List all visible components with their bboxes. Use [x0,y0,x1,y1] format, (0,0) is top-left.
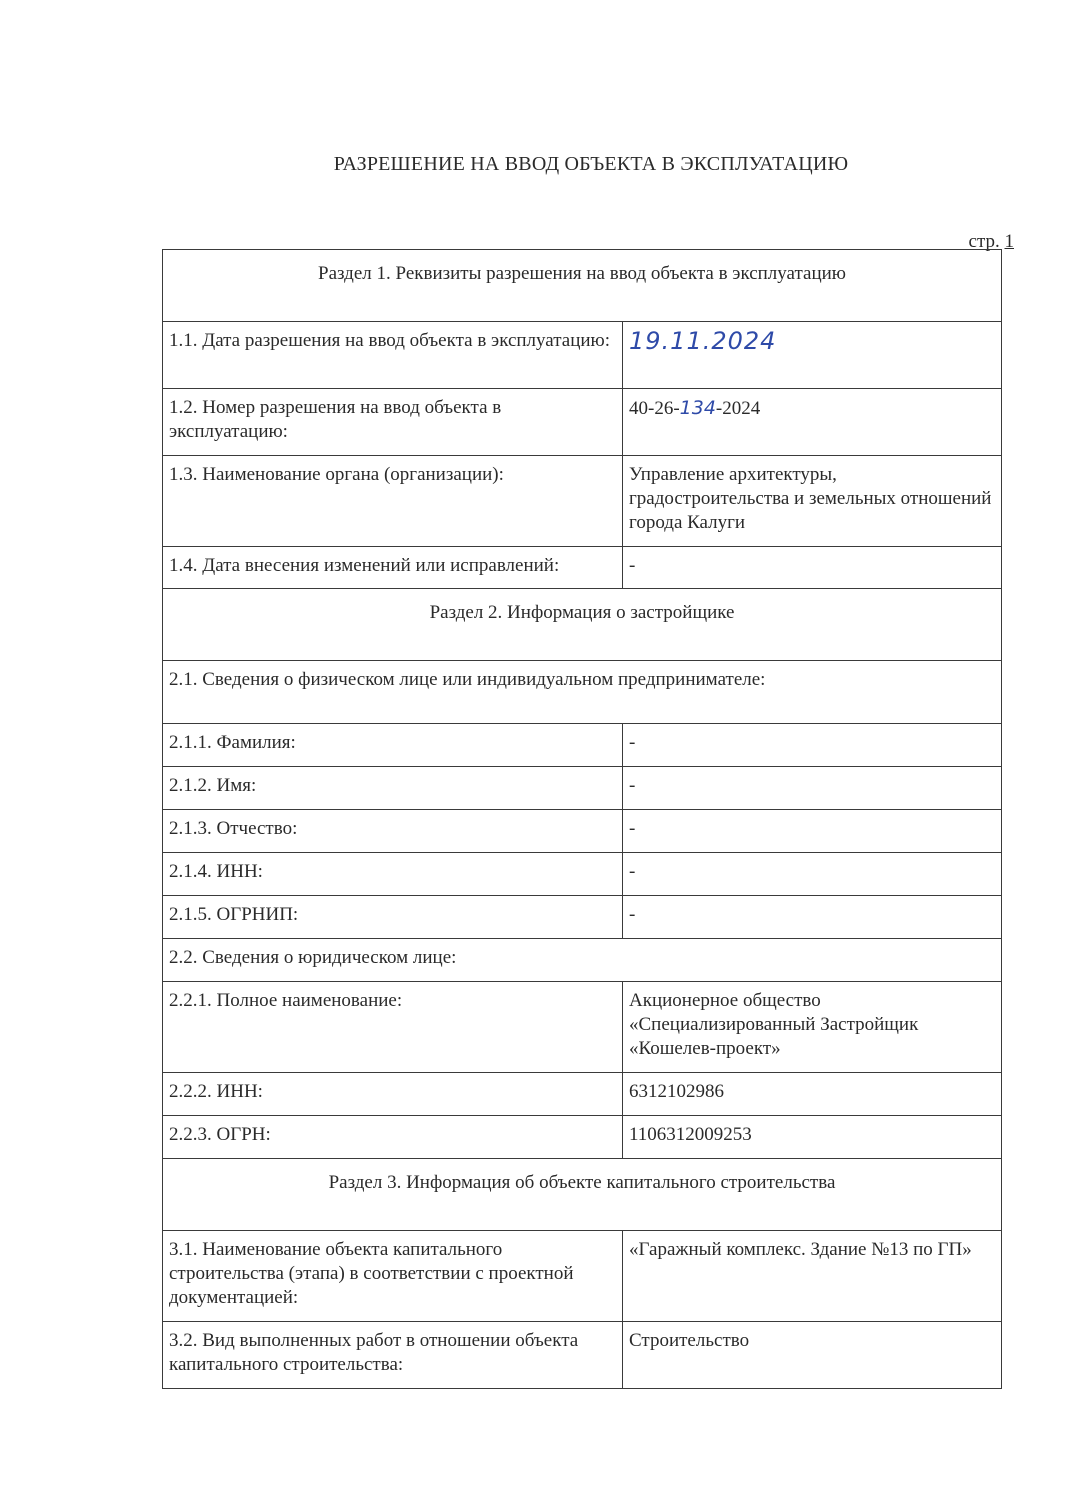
row-label: 3.1. Наименование объекта капитального с… [163,1231,623,1322]
row-value: - [623,547,1002,589]
row-label: 1.4. Дата внесения изменений или исправл… [163,547,623,589]
section-2-heading: Раздел 2. Информация о застройщике [163,589,1002,661]
permit-date-value: 19.11.2024 [623,322,1002,389]
row-label: 2.2.2. ИНН: [163,1073,623,1116]
row-label: 2.1.2. Имя: [163,767,623,810]
document-title: РАЗРЕШЕНИЕ НА ВВОД ОБЪЕКТА В ЭКСПЛУАТАЦИ… [0,153,1080,176]
row-value: - [623,767,1002,810]
row-value: - [623,896,1002,939]
row-value: - [623,810,1002,853]
row-value: 1106312009253 [623,1116,1002,1159]
table-row: 3.2. Вид выполненных работ в отношении о… [163,1322,1002,1389]
table-row: 2.2.2. ИНН: 6312102986 [163,1073,1002,1116]
table-row: 2.2. Сведения о юридическом лице: [163,939,1002,982]
table-row: 1.1. Дата разрешения на ввод объекта в э… [163,322,1002,389]
row-label: 2.1.1. Фамилия: [163,724,623,767]
row-label: 1.1. Дата разрешения на ввод объекта в э… [163,322,623,389]
table-row: 2.1.2. Имя: - [163,767,1002,810]
table-row: 2.2.1. Полное наименование: Акционерное … [163,982,1002,1073]
row-value: Строительство [623,1322,1002,1389]
row-value: 6312102986 [623,1073,1002,1116]
page-number-value: 1 [1005,231,1015,252]
table-row: 2.1.5. ОГРНИП: - [163,896,1002,939]
table-row: 3.1. Наименование объекта капитального с… [163,1231,1002,1322]
row-label: 1.3. Наименование органа (организации): [163,456,623,547]
subsection-heading: 2.1. Сведения о физическом лице или инди… [163,661,1002,724]
row-value: - [623,724,1002,767]
section-1-heading-row: Раздел 1. Реквизиты разрешения на ввод о… [163,250,1002,322]
permit-table: Раздел 1. Реквизиты разрешения на ввод о… [162,249,1002,1389]
handwritten-date: 19.11.2024 [629,327,776,355]
row-value: «Гаражный комплекс. Здание №13 по ГП» [623,1231,1002,1322]
row-value: Управление архитектуры, градостроительст… [623,456,1002,547]
section-3-heading: Раздел 3. Информация об объекте капиталь… [163,1159,1002,1231]
table-row: 2.1. Сведения о физическом лице или инди… [163,661,1002,724]
permit-number-value: 40-26-134-2024 [623,389,1002,456]
table-row: 1.4. Дата внесения изменений или исправл… [163,547,1002,589]
row-label: 2.1.4. ИНН: [163,853,623,896]
row-label: 1.2. Номер разрешения на ввод объекта в … [163,389,623,456]
table-row: 2.1.3. Отчество: - [163,810,1002,853]
row-label: 3.2. Вид выполненных работ в отношении о… [163,1322,623,1389]
permit-number-suffix: -2024 [716,398,760,419]
section-3-heading-row: Раздел 3. Информация об объекте капиталь… [163,1159,1002,1231]
row-value: - [623,853,1002,896]
row-label: 2.1.3. Отчество: [163,810,623,853]
row-label: 2.2.1. Полное наименование: [163,982,623,1073]
table-row: 2.2.3. ОГРН: 1106312009253 [163,1116,1002,1159]
table-row: 1.3. Наименование органа (организации): … [163,456,1002,547]
section-1-heading: Раздел 1. Реквизиты разрешения на ввод о… [163,250,1002,322]
row-label: 2.2.3. ОГРН: [163,1116,623,1159]
table-row: 2.1.1. Фамилия: - [163,724,1002,767]
table-row: 2.1.4. ИНН: - [163,853,1002,896]
section-2-heading-row: Раздел 2. Информация о застройщике [163,589,1002,661]
permit-number-prefix: 40-26- [629,398,680,419]
subsection-heading: 2.2. Сведения о юридическом лице: [163,939,1002,982]
row-value: Акционерное общество «Специализированный… [623,982,1002,1073]
handwritten-permit-number: 134 [680,397,716,419]
row-label: 2.1.5. ОГРНИП: [163,896,623,939]
table-row: 1.2. Номер разрешения на ввод объекта в … [163,389,1002,456]
